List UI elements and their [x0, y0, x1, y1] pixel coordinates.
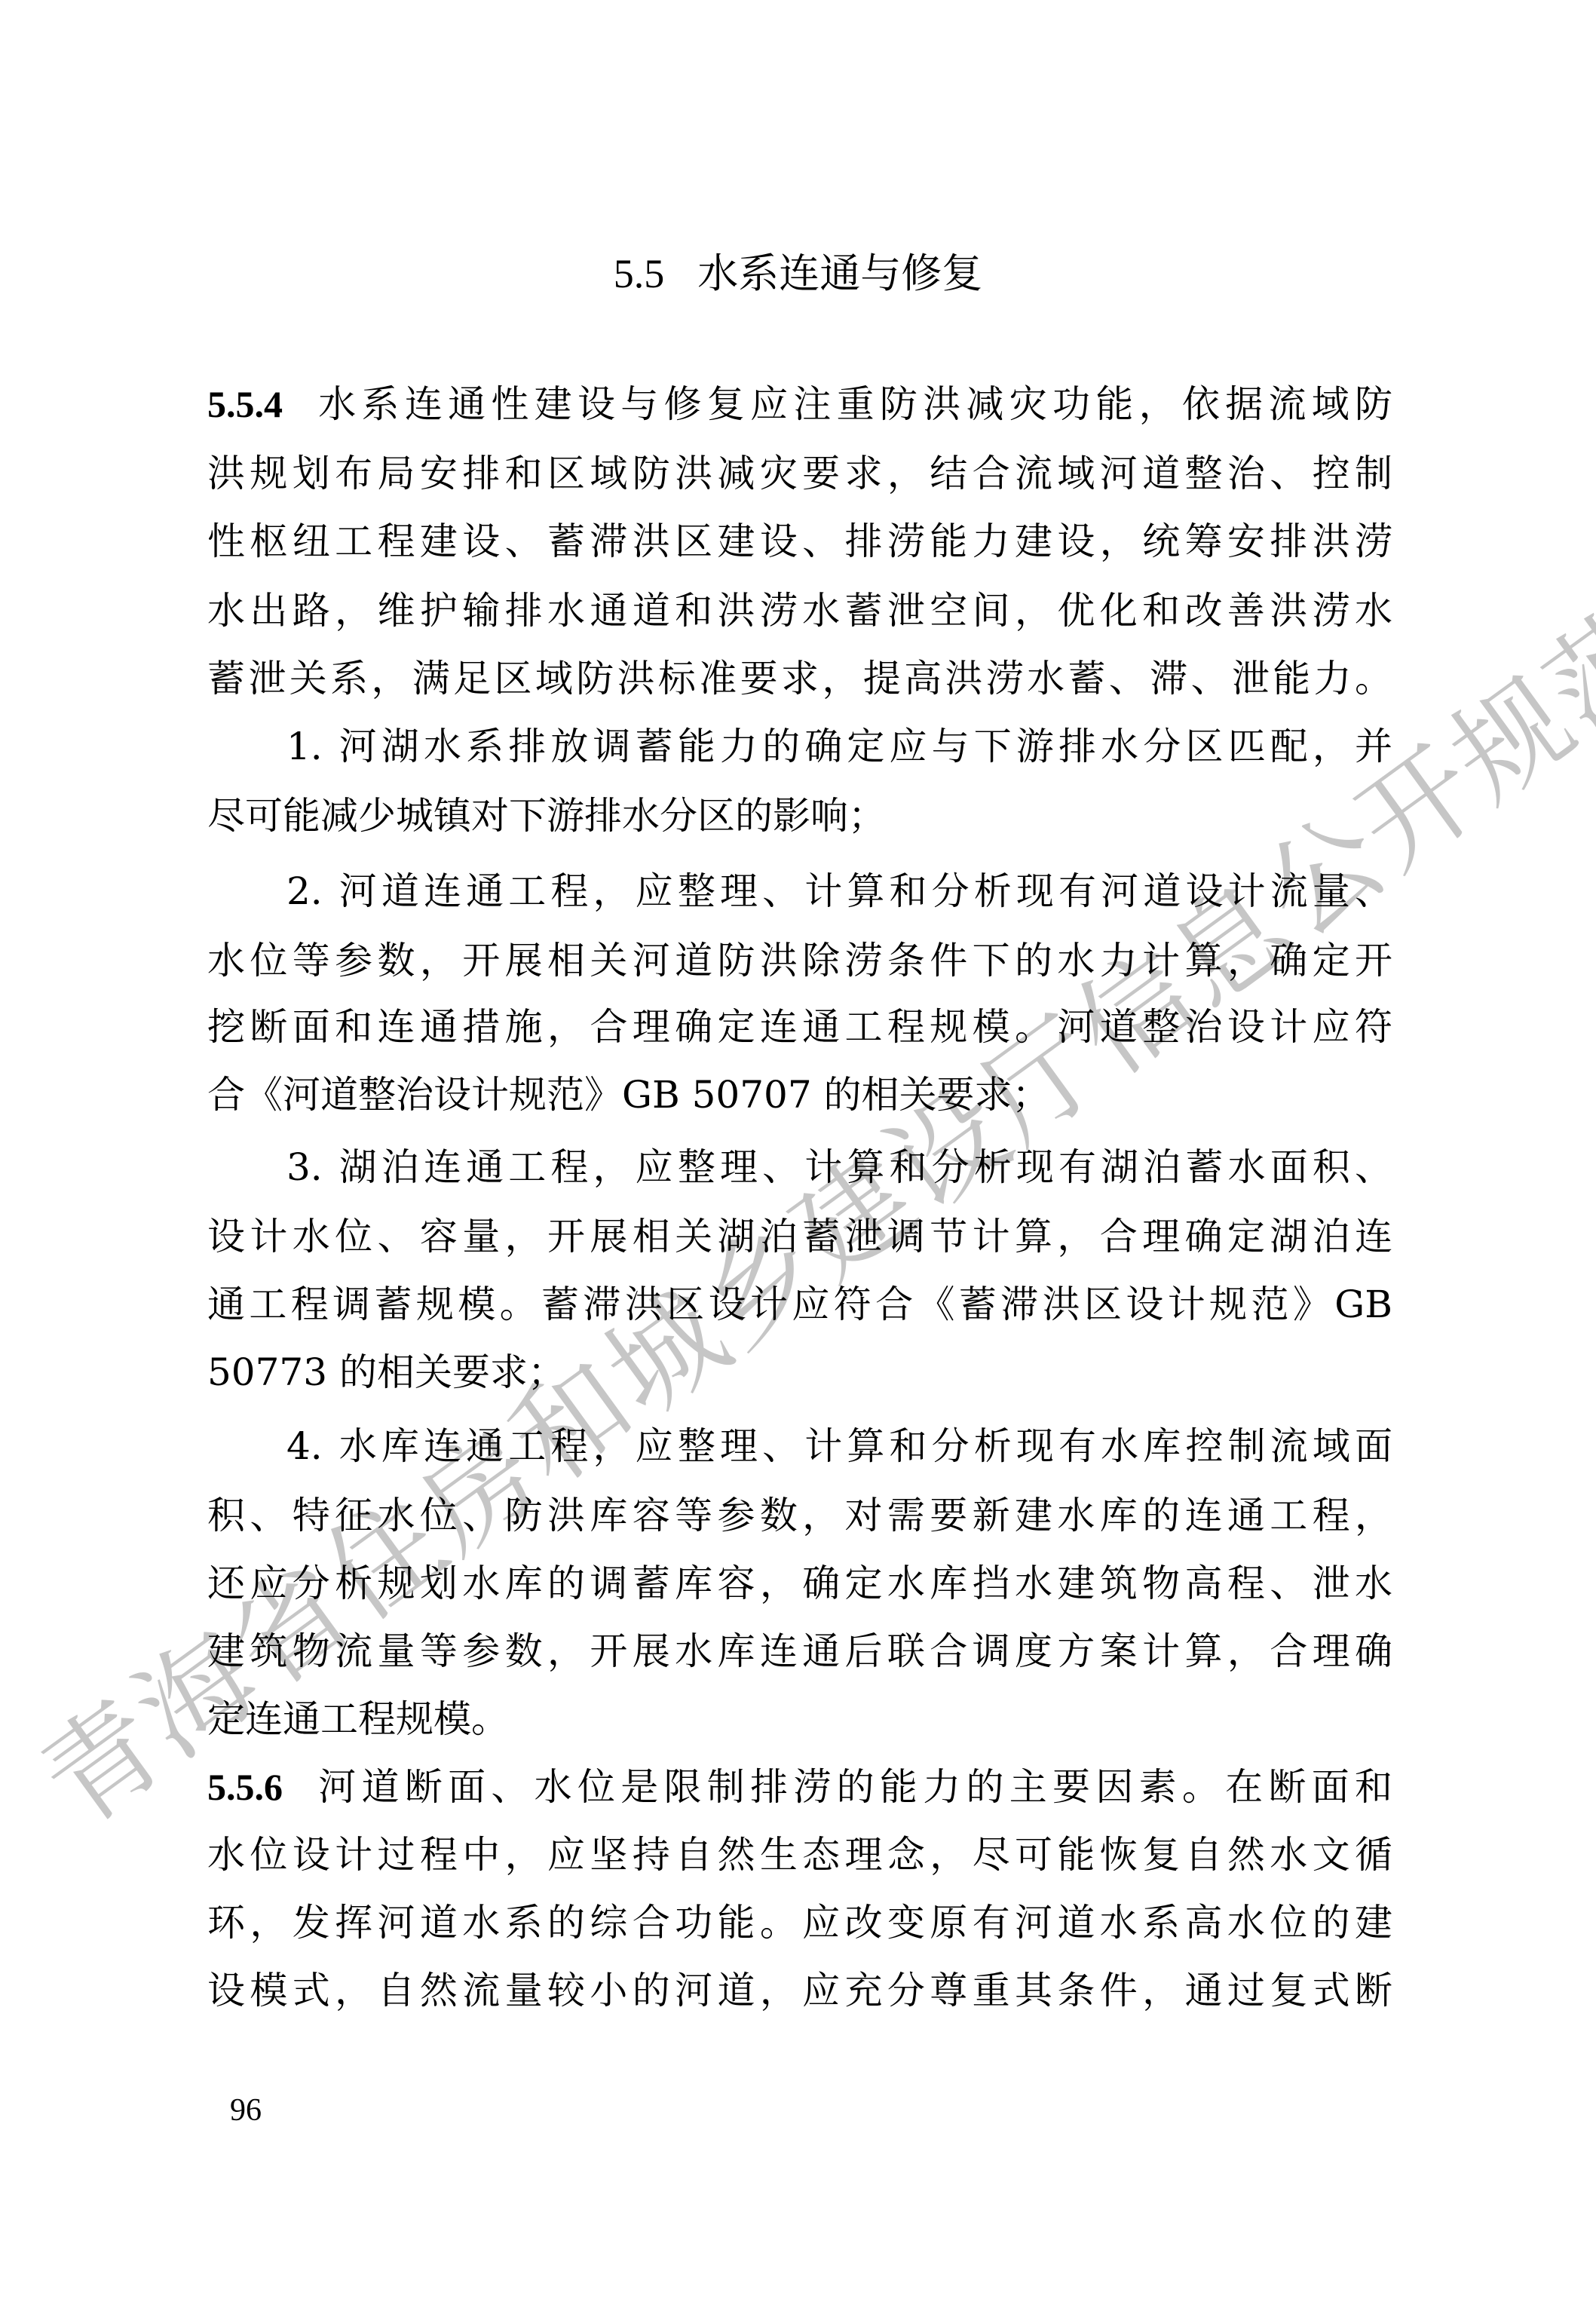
list-item-4-line: 定连通工程规模。 — [207, 1696, 1392, 1742]
list-item-3-line: 50773 的相关要求； — [207, 1350, 1392, 1395]
paragraph-line: 洪规划布局安排和区域防洪减灾要求，结合流域河道整治、控制 — [207, 451, 1392, 496]
list-item-2-line: 合《河道整治设计规范》GB 50707 的相关要求； — [207, 1072, 1392, 1117]
list-item-4-line: 还应分析规划水库的调蓄库容，确定水库挡水建筑物高程、泄水 — [207, 1561, 1392, 1606]
paragraph-line: 水出路，维护输排水通道和洪涝水蓄泄空间，优化和改善洪涝水 — [207, 588, 1392, 633]
clause-number: 5.5.4 — [207, 383, 283, 425]
list-item-3-line: 设计水位、容量，开展相关湖泊蓄泄调节计算，合理确定湖泊连 — [207, 1214, 1392, 1259]
list-item-2-line: 挖断面和连通措施，合理确定连通工程规模。河道整治设计应符 — [207, 1004, 1392, 1050]
list-item-2-line: 水位等参数，开展相关河道防洪除涝条件下的水力计算，确定开 — [207, 938, 1392, 983]
paragraph-line: 环，发挥河道水系的综合功能。应改变原有河道水系高水位的建 — [207, 1900, 1392, 1945]
list-item-2-line: 2. 河道连通工程，应整理、计算和分析现有河道设计流量、 — [286, 869, 1392, 914]
list-item-1-line: 尽可能减少城镇对下游排水分区的影响； — [207, 793, 1392, 838]
page-number: 96 — [230, 2092, 262, 2129]
list-item-4-line: 建筑物流量等参数，开展水库连通后联合调度方案计算，合理确 — [207, 1629, 1392, 1674]
paragraph-line: 蓄泄关系，满足区域防洪标准要求，提高洪涝水蓄、滞、泄能力。 — [207, 656, 1392, 701]
paragraph-line: 5.5.4水系连通性建设与修复应注重防洪减灾功能，依据流域防 — [207, 382, 1392, 427]
paragraph-line: 水位设计过程中，应坚持自然生态理念，尽可能恢复自然水文循 — [207, 1832, 1392, 1877]
list-item-3-line: 通工程调蓄规模。蓄滞洪区设计应符合《蓄滞洪区设计规范》GB — [207, 1282, 1392, 1327]
list-item-4-line: 4. 水库连通工程，应整理、计算和分析现有水库控制流域面 — [286, 1424, 1392, 1469]
list-item-3-line: 3. 湖泊连通工程，应整理、计算和分析现有湖泊蓄水面积、 — [286, 1145, 1392, 1190]
section-title: 5.5水系连通与修复 — [0, 241, 1596, 299]
list-item-1-line: 1. 河湖水系排放调蓄能力的确定应与下游排水分区匹配，并 — [286, 724, 1392, 769]
paragraph-line: 5.5.6河道断面、水位是限制排涝的能力的主要因素。在断面和 — [207, 1764, 1392, 1810]
section-heading: 水系连通与修复 — [697, 250, 982, 297]
list-item-4-line: 积、特征水位、防洪库容等参数，对需要新建水库的连通工程， — [207, 1493, 1392, 1538]
paragraph-line: 性枢纽工程建设、蓄滞洪区建设、排涝能力建设，统筹安排洪涝 — [207, 519, 1392, 564]
section-number: 5.5 — [614, 251, 665, 296]
clause-number: 5.5.6 — [207, 1766, 283, 1808]
paragraph-line: 设模式，自然流量较小的河道，应充分尊重其条件，通过复式断 — [207, 1968, 1392, 2013]
